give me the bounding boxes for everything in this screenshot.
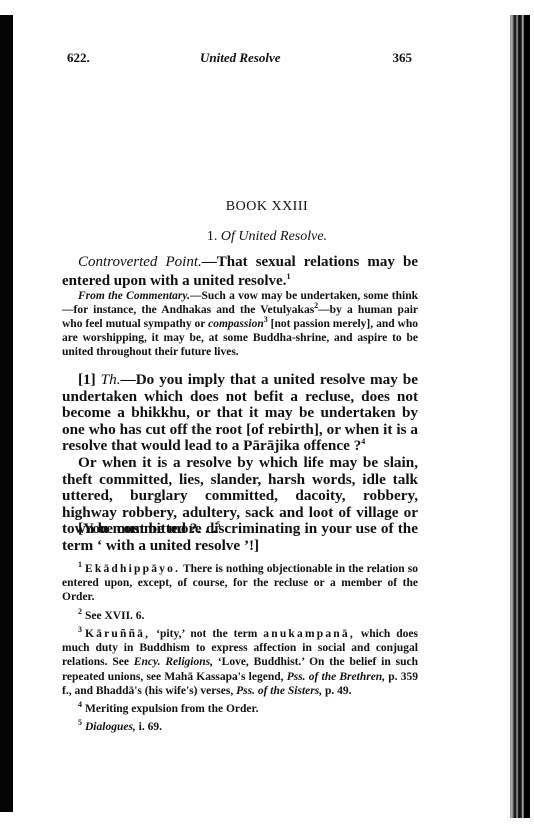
- footnote-number: 1: [78, 560, 82, 569]
- footnote-1: 1Ekādhippāyo. There is nothing objection…: [62, 558, 418, 605]
- footnote-5: 5Dialogues, i. 69.: [62, 716, 418, 734]
- footnote-number: 3: [78, 625, 82, 634]
- rejoinder-paragraph: [You must be more discriminating in your…: [62, 521, 418, 554]
- citation-title: Pss. of the Sisters,: [236, 685, 322, 697]
- controverted-label: Controverted Point.: [78, 254, 202, 270]
- citation-title: Pss. of the Brethren,: [287, 671, 385, 683]
- citation-title: Dialogues,: [85, 721, 136, 733]
- paragraph-marker: [1]: [78, 371, 96, 388]
- book-title: BOOK XXIII: [0, 199, 534, 215]
- footnote-ref: 1: [286, 272, 290, 281]
- commentary-paragraph: From the Commentary.—Such a vow may be u…: [62, 289, 418, 359]
- footnote-number: 5: [78, 718, 82, 727]
- pali-term: anukampanā,: [263, 628, 355, 640]
- footnote-text: p. 49.: [322, 685, 351, 697]
- footnote-3: 3Kāruññā, ‘pity,’ not the term anukampan…: [62, 623, 418, 698]
- footnote-text: Meriting expulsion from the Order.: [85, 703, 258, 715]
- section-number: 1.: [207, 229, 218, 244]
- theravadin-paragraph: [1] Th.—Do you imply that a united resol…: [62, 372, 418, 455]
- paragraph-text: [You must be more discriminating in your…: [62, 520, 418, 554]
- footnotes: 1Ekādhippāyo. There is nothing objection…: [62, 558, 418, 734]
- paragraph-number: 622.: [67, 50, 90, 66]
- running-title: United Resolve: [200, 50, 281, 66]
- pali-term: Ekādhippāyo.: [85, 563, 180, 575]
- footnote-2: 2See XVII. 6.: [62, 605, 418, 623]
- footnote-4: 4Meriting expulsion from the Order.: [62, 698, 418, 716]
- footnote-text: ‘pity,’ not the term: [150, 628, 263, 640]
- footnote-text: See XVII. 6.: [85, 610, 144, 622]
- section-title: 1. Of United Resolve.: [0, 229, 534, 245]
- footnote-number: 2: [78, 607, 82, 616]
- commentary-label: From the Commentary.: [78, 290, 190, 302]
- footnote-number: 4: [78, 700, 82, 709]
- section-heading: Of United Resolve.: [221, 229, 327, 244]
- controverted-point: Controverted Point.—That sexual relation…: [62, 253, 418, 291]
- footnote-text: i. 69.: [136, 721, 162, 733]
- footnote-ref: 4: [361, 437, 365, 446]
- page-number: 365: [393, 50, 413, 66]
- citation-title: Ency. Religions,: [134, 656, 213, 668]
- speaker-label: Th.: [101, 371, 121, 388]
- commentary-italic-term: compassion: [208, 318, 264, 330]
- pali-term: Kāruññā,: [85, 628, 150, 640]
- book-page: 622. United Resolve 365 BOOK XXIII 1. Of…: [0, 0, 534, 825]
- running-head: 622. United Resolve 365: [67, 50, 417, 70]
